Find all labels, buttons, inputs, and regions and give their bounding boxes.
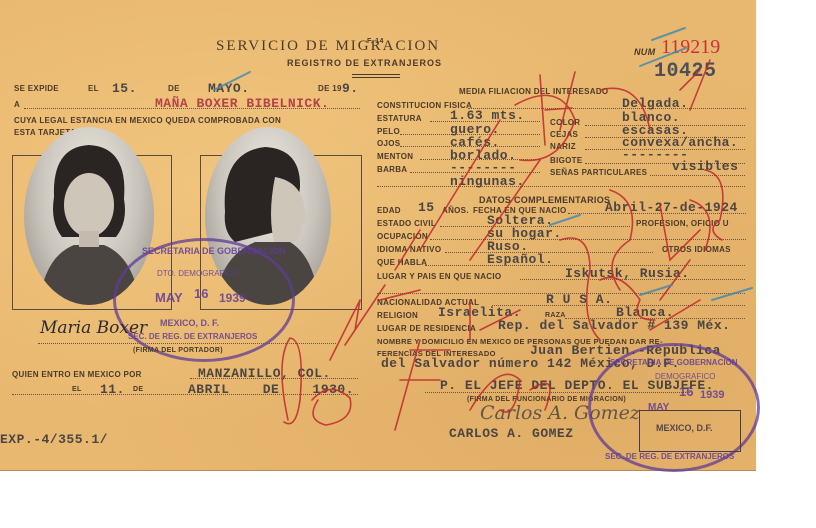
entry-port: MANZANILLO, COL.	[198, 366, 331, 381]
form-title: SERVICIO DE MIGRACION	[216, 38, 440, 55]
entry-label: QUIEN ENTRO EN MEXICO POR	[12, 370, 142, 379]
legal-text-1: CUYA LEGAL ESTANCIA EN MEXICO QUEDA COMP…	[14, 116, 281, 125]
estatura-value: 1.63 mts.	[450, 108, 525, 123]
ocupacion-label: OCUPACION	[377, 232, 428, 241]
el-label: EL	[88, 84, 99, 93]
secondary-number: 10425	[654, 60, 717, 83]
nariz-label: NARIZ	[550, 142, 576, 151]
profesion-label: PROFESION, OFICIO U	[636, 219, 729, 228]
entry-month-year: ABRIL DE 1930.	[188, 382, 354, 397]
que-habla-label: QUE HABLA	[377, 258, 427, 267]
issue-year: 9.	[342, 81, 359, 96]
otros-idiomas-label: OTROS IDIOMAS	[662, 245, 731, 254]
constitucion-value: Delgada.	[622, 96, 688, 111]
edad-label: EDAD	[377, 206, 401, 215]
que-habla-value: Español.	[487, 252, 553, 267]
religion-label: RELIGION	[377, 311, 418, 320]
stamp-right-day: 16	[679, 384, 693, 399]
senas-label: SEÑAS PARTICULARES	[550, 168, 647, 177]
stamp-left-day: 16	[194, 286, 208, 301]
stamp-left-year: 1939	[219, 291, 246, 305]
stamp-left-bottom-text: SEC. DE REG. DE EXTRANJEROS	[128, 332, 257, 341]
entry-de-label: DE	[133, 386, 143, 393]
stamp-right-year: 1939	[700, 389, 724, 401]
barba-label: BARBA	[377, 165, 407, 174]
stamp-left-city: MEXICO, D. F.	[160, 318, 219, 328]
senas-continued: ningunas.	[450, 174, 525, 189]
num-label: NUM	[634, 47, 655, 57]
media-filiacion-heading: MEDIA FILIACION DEL INTERESADO	[459, 87, 608, 96]
senas-value: visibles	[672, 159, 738, 174]
stamp-right-bottom-text: SEC. DE REG. DE EXTRANJEROS	[605, 452, 734, 461]
menton-label: MENTON	[377, 152, 413, 161]
serial-number: 119219	[661, 36, 720, 59]
bearer-signature-label: (FIRMA DEL PORTADOR)	[133, 347, 223, 354]
official-name: CARLOS A. GOMEZ	[449, 426, 574, 441]
issue-month: MAYO.	[208, 81, 250, 96]
entry-day: 11.	[100, 382, 125, 397]
stamp-left-month: MAY	[155, 290, 183, 305]
lugar-nacio-value: Iskutsk, Rusia.	[565, 266, 690, 281]
issue-day: 15.	[112, 81, 137, 96]
registration-card: F. 14 SERVICIO DE MIGRACION REGISTRO DE …	[0, 0, 756, 470]
stamp-right-city: MEXICO, D.F.	[656, 423, 713, 433]
bigote-label: BIGOTE	[550, 156, 582, 165]
color-label: COLOR	[550, 118, 580, 127]
residencia-label: LUGAR DE RESIDENCIA	[377, 324, 476, 333]
stamp-right-ring-text: SECRETARIA DE GOBERNACION	[610, 358, 738, 367]
estatura-label: ESTATURA	[377, 114, 422, 123]
datos-heading: DATOS COMPLEMENTARIOS	[479, 195, 610, 205]
stamp-left-ring-text: SECRETARIA DE GOBERNACION	[142, 246, 286, 256]
barba-value: --------	[450, 160, 516, 175]
estado-civil-label: ESTADO CIVIL	[377, 219, 436, 228]
fecha-nacio-value: Abril-27-de-1924	[605, 200, 738, 215]
idioma-label: IDIOMA NATIVO	[377, 245, 441, 254]
file-reference: EXP.-4/355.1/	[0, 432, 108, 447]
pelo-label: PELO	[377, 127, 400, 136]
holder-name: MAÑA BOXER BIBELNICK.	[155, 96, 329, 111]
form-subtitle: REGISTRO DE EXTRANJEROS	[287, 58, 442, 68]
stamp-right-dept: DEMOGRAFICO	[655, 372, 715, 381]
ojos-label: OJOS	[377, 139, 400, 148]
anos-label: AÑOS.	[442, 206, 469, 215]
cejas-label: CEJAS	[550, 130, 578, 139]
nacionalidad-value: R U S A.	[546, 292, 612, 307]
title-rule	[352, 74, 400, 78]
bearer-signature: Maria Boxer	[40, 318, 147, 338]
de-label: DE	[168, 84, 180, 93]
a-label: A	[14, 100, 20, 109]
lugar-nacio-label: LUGAR Y PAIS EN QUE NACIO	[377, 272, 501, 281]
edad-value: 15	[418, 200, 435, 215]
residencia-value: Rep. del Salvador # 139 Méx.	[498, 318, 730, 333]
se-expide-label: SE EXPIDE	[14, 84, 59, 93]
year-prefix-label: DE 19	[318, 84, 342, 93]
entry-el-label: EL	[72, 386, 82, 393]
stamp-left-dept: DTO. DEMOGRAFICO	[157, 269, 239, 278]
